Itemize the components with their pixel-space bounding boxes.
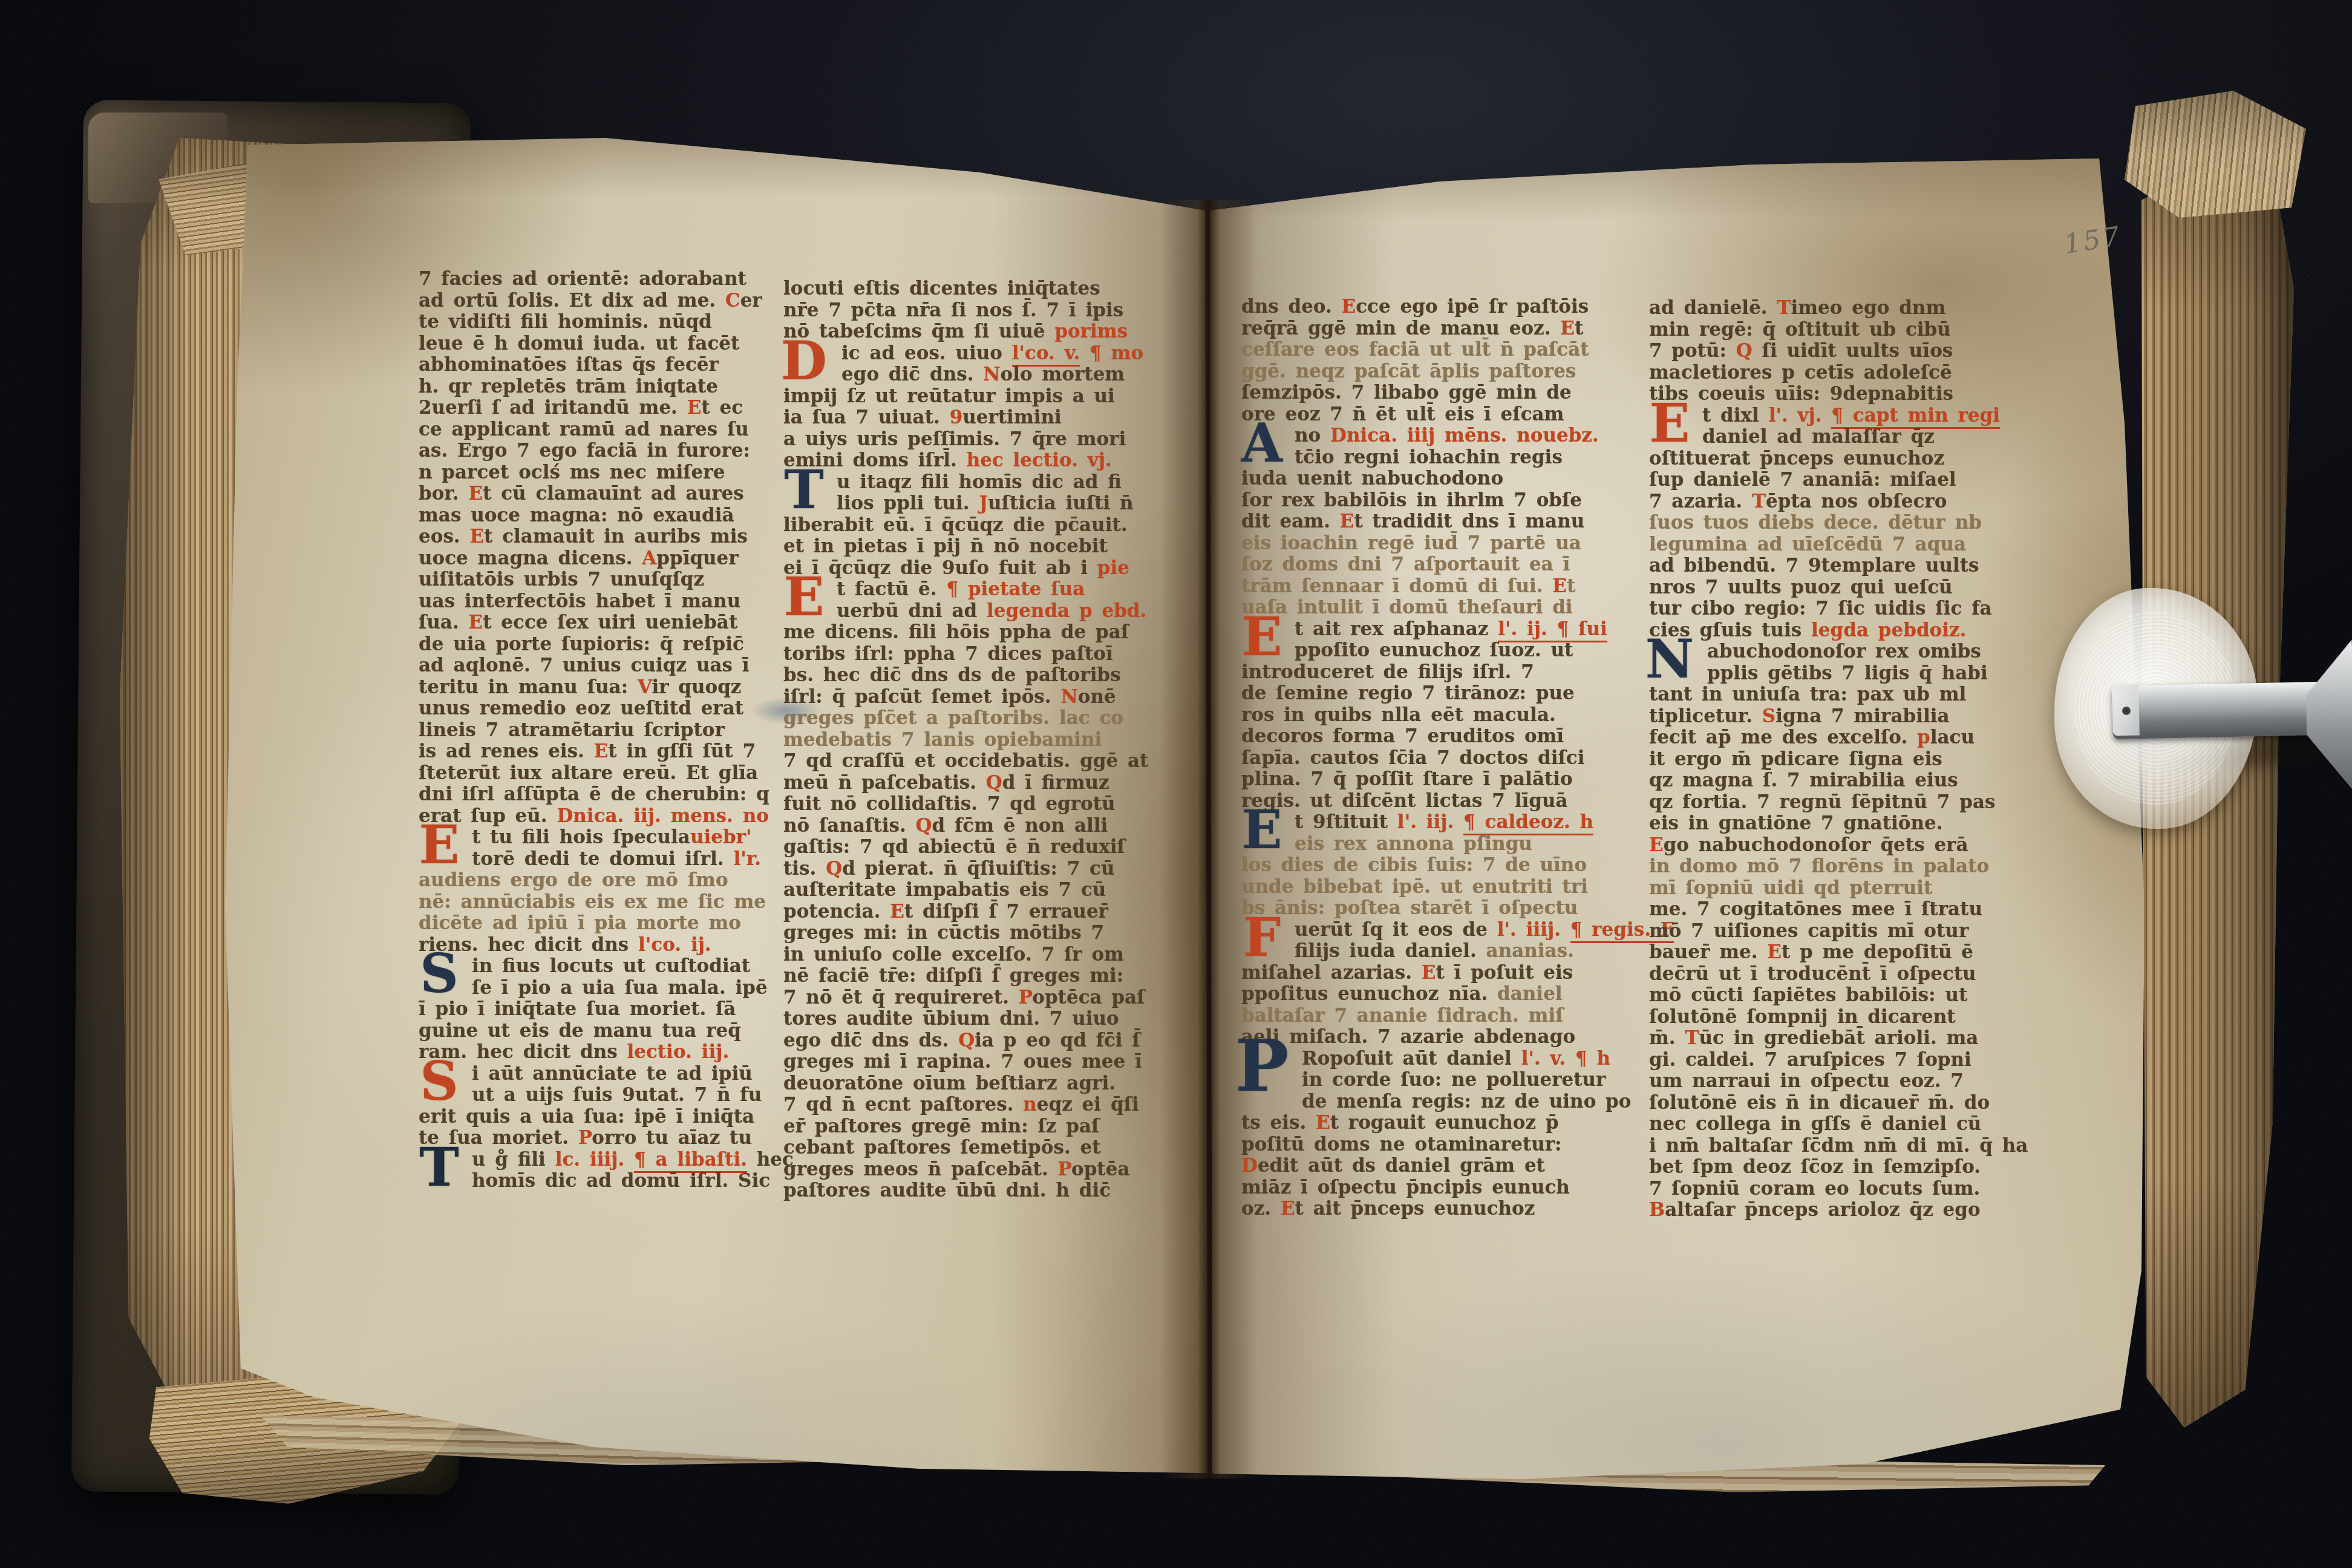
text-segment: P <box>1058 1158 1071 1180</box>
manuscript-line: ad aqlonē. 7 unius cuiqz uas ī <box>419 655 766 677</box>
text-segment: P <box>1019 987 1032 1008</box>
text-segment: 7 nō ēt q̄ requireret. <box>783 987 1019 1008</box>
manuscript-line: auſteritate impabatis eis 7 cū <box>783 880 1146 901</box>
text-segment: t <box>1567 575 1575 597</box>
manuscript-line: ppoſitus eunuchoz nīa. daniel <box>1241 984 1622 1005</box>
manuscript-line: daniel ad malaſſar q̄z <box>1649 426 2073 448</box>
text-segment: abhominatōes iſtas q̄s fecēr <box>419 354 719 376</box>
text-segment: er <box>740 290 762 312</box>
text-segment: legumina ad uīeſcēdū 7 aqua <box>1649 534 1966 555</box>
manuscript-line: u g̊ fili lc. iiij. ¶ a libaſti. hec <box>419 1149 766 1171</box>
manuscript-line: greges mi ī rapina. 7 oues mee ī <box>783 1051 1146 1073</box>
manuscript-line: de ſemine regio 7 tirānoz: pue <box>1241 683 1622 705</box>
illuminated-initial: E <box>1234 613 1290 660</box>
manuscript-line: ſemzipōs. 7 libabo ggē min de <box>1241 382 1622 404</box>
manuscript-line: ſolutōnē eis n̄ in dicauer̄ m̄. do <box>1649 1093 2073 1114</box>
text-segment: toribs iſrl: ppha 7 dices paſtoī <box>783 643 1113 665</box>
text-segment: i nm̄ baltaſar ſc̄dm nm̄ di mī. q̄ ha <box>1649 1135 2028 1157</box>
text-segment: optēca paſ <box>1032 987 1145 1008</box>
manuscript-line: ei ī q̄cūqz die 9uſo fuit ab i pie <box>783 558 1146 580</box>
text-segment: los dies de cibis ſuis: 7 de uīno <box>1241 854 1587 876</box>
text-segment: h. qr repletēs trām iniqtate <box>419 376 718 397</box>
text-segment: uerūt ſq it eos de <box>1295 919 1497 941</box>
manuscript-line: unus remedio eoz ueſtitd erat <box>419 698 766 720</box>
illuminated-initial: T <box>411 1143 467 1191</box>
text-segment: n <box>1023 1094 1037 1116</box>
manuscript-line: dec̄rū ut ī troducēnt̄ ī oſpectu <box>1649 964 2073 985</box>
manuscript-line: dns deo. Ecce ego ipē ſr paſtōis <box>1241 296 1622 318</box>
text-segment: N <box>1060 686 1077 708</box>
text-segment: dicēte ad ipiū ī pia morte mo <box>419 912 741 934</box>
manuscript-line: tur cibo regio: 7 ſic uidis ſic fa <box>1649 598 2073 620</box>
text-segment: onē <box>1078 686 1116 708</box>
text-segment: in domo mō 7 florēns in palato <box>1649 855 1989 877</box>
text-segment: Q <box>958 1030 975 1051</box>
manuscript-line: i nm̄ baltaſar ſc̄dm nm̄ di mī. q̄ ha <box>1649 1135 2073 1157</box>
text-segment: 9 <box>950 407 963 428</box>
manuscript-line: erit quis a uia ſua: ipē ī iniq̄ta <box>419 1106 766 1128</box>
manuscript-line: te vidiſti fili hominis. nūqd <box>419 312 766 333</box>
manuscript-line: uerūt ſq it eos de l'. iiij. ¶ regis. F <box>1241 920 1622 941</box>
text-segment: nec collega in gſſs ē daniel cū <box>1649 1113 1981 1135</box>
text-segment: uoce magna dicens. <box>419 547 642 569</box>
text-segment: E <box>1560 318 1575 339</box>
text-segment: ceſſare eos faciā ut ult̄ n̄ paſcāt <box>1241 339 1589 361</box>
text-segment: l'. iiij. <box>1497 919 1570 941</box>
text-segment: greges meos n̄ paſcebāt. <box>783 1158 1058 1180</box>
text-segment: bs. hec dic̄ dns ds de paſtoribs <box>783 664 1121 686</box>
text-segment: ce applicant ramū ad nares ſu <box>419 419 749 440</box>
text-segment: ppoſito eunuchoz ſuoz. ut <box>1295 639 1573 661</box>
photograph-scene: 7 facies ad orientē: adorabantad ortū ſo… <box>0 0 2352 1568</box>
text-segment: ſuos tuos diebs dece. dētur nb <box>1649 512 1982 534</box>
text-segment: p <box>1917 727 1930 748</box>
text-segment: eis rex annona pſingu <box>1295 833 1532 855</box>
manuscript-line: Baltaſar p̄nceps arioloz q̄z ego <box>1649 1200 2073 1221</box>
text-segment: fuit nō collidaſtis. 7 qd egrotū <box>783 793 1116 815</box>
text-segment: et in pietas ī pij n̄ nō nocebit <box>783 535 1108 557</box>
manuscript-line: as. Ergo 7 ego faciā in furore: <box>419 440 766 462</box>
manuscript-line: ppoſito eunuchoz ſuoz. ut <box>1241 640 1622 662</box>
manuscript-line: tc̄io regni iohachin regis <box>1241 447 1622 469</box>
text-segment: a uiys uris peſſimis. 7 q̄re mori <box>783 428 1126 450</box>
manuscript-line: iſrl: q̄ paſcūt ſemet ipōs. Nonē <box>783 687 1146 708</box>
illuminated-initial: F <box>1234 913 1290 961</box>
text-segment: unus remedio eoz ueſtitd erat <box>419 697 743 719</box>
text-segment: ī pio ī iniq̄tate ſua moriet. ſā <box>419 998 736 1020</box>
manuscript-line: uas interfectōis habet ī manu <box>419 591 766 613</box>
text-segment: E <box>1767 941 1782 963</box>
text-column-right-2: ad danielē. Timeo ego dnmmin regē: q̄ oſ… <box>1649 298 2073 1221</box>
text-segment: altaſar p̄nceps arioloz q̄z ego <box>1665 1199 1980 1221</box>
manuscript-line: medebatis 7 lanis opiebamini <box>783 730 1146 751</box>
text-segment: E <box>1649 834 1664 856</box>
manuscript-line: nē faciē tr̄e: diſpſi ſ̄ greges mi: <box>783 965 1146 987</box>
manuscript-line: de uia porte ſupioris: q̄ reſpic̄ <box>419 634 766 656</box>
text-segment: l'co. ij. <box>638 934 711 956</box>
text-segment: t diſpſi ſ̄ 7 errauer̄ <box>904 901 1108 923</box>
manuscript-line: nros 7 uults puoz qui ueſcū <box>1649 577 2073 599</box>
text-segment: E <box>1342 296 1356 318</box>
text-segment: uſticia iuſti n̄ <box>988 492 1134 514</box>
manuscript-line: ſapīa. cautos ſc̄ia 7 doctos diſci <box>1241 748 1622 769</box>
text-segment: u itaqz fili homīs dic ad fi <box>837 471 1122 493</box>
text-column-left-2: locuti eſtis dicentes iniq̄tatesnr̄e 7 p… <box>783 278 1146 1202</box>
text-segment: qz fortia. 7 regnū ſēpitnū 7 pas <box>1649 791 1995 813</box>
text-segment: greges mi: in cūctis mōtibs 7 <box>783 922 1104 944</box>
text-segment: t <box>1575 318 1583 339</box>
manuscript-line: filijs iuda daniel. ananias. <box>1241 941 1622 962</box>
text-segment: leue ē h domui iuda. ut facēt <box>419 333 739 354</box>
text-segment: t tu fili hois ſpecula <box>472 826 690 848</box>
text-segment: 7 qd craſſū et occidebatis. ggē at <box>783 750 1148 772</box>
manuscript-line: um narraui in oſpectu eoz. 7 <box>1649 1071 2073 1093</box>
text-segment: gaſtis: 7 qd abiectū ē n̄ reduxiſ <box>783 836 1125 858</box>
text-segment: lios ppli tui. <box>837 492 979 514</box>
text-segment: ſi uidīt uults uīos <box>1753 340 1953 362</box>
manuscript-line: mī ſopniū uidi qd pterruit <box>1649 878 2073 900</box>
text-column-right-1: dns deo. Ecce ego ipē ſr paſtōisreq̄rā g… <box>1241 296 1622 1220</box>
text-segment: t p me depoſitū ē <box>1782 941 1973 963</box>
text-segment: t ī poſuit eis <box>1436 962 1573 984</box>
text-segment: ūc in grediebāt̄ arioli. ma <box>1699 1027 1978 1049</box>
text-segment: go nabuchodonoſor q̄ets erā <box>1664 834 1968 856</box>
manuscript-line: toribs iſrl: ppha 7 dices paſtoī <box>783 644 1146 665</box>
illuminated-initial: E <box>776 573 832 620</box>
text-segment: optēa <box>1071 1158 1129 1180</box>
manuscript-text-layer: 7 facies ad orientē: adorabantad ortū ſo… <box>0 0 2352 1568</box>
manuscript-line: in fius locuts ut cuſtodiat <box>419 956 766 978</box>
text-segment: nē faciē tr̄e: diſpſi ſ̄ greges mi: <box>783 965 1123 987</box>
manuscript-line: plina. 7 q̄ poſſit ſtare ī palātio <box>1241 769 1622 791</box>
manuscript-line: homīs dic ad domū iſrl. Sic <box>419 1171 766 1192</box>
manuscript-line: potencia. Et diſpſi ſ̄ 7 errauer̄ <box>783 901 1146 923</box>
manuscript-line: abhominatōes iſtas q̄s fecēr <box>419 354 766 376</box>
text-segment: medebatis 7 lanis opiebamini <box>783 729 1102 751</box>
text-segment: ſolutōnē eis n̄ in dicauer̄ m̄. do <box>1649 1092 1990 1114</box>
text-segment: ſua. <box>419 612 469 633</box>
text-segment: 2uerſi ſ ad iritandū me. <box>419 397 687 419</box>
text-segment: B <box>1649 1199 1665 1221</box>
manuscript-line: 7 facies ad orientē: adorabant <box>419 269 766 290</box>
text-segment: ſapīa. cautos ſc̄ia 7 doctos diſci <box>1241 747 1584 769</box>
text-segment: t in gſſi ſūt 7 <box>608 740 756 762</box>
text-segment: ego dic̄ dns ds. <box>783 1030 958 1051</box>
manuscript-line: decoros forma 7 eruditos omī <box>1241 726 1622 748</box>
text-segment: liberabit eū. ī q̄cūqz die pc̄auit. <box>783 514 1128 536</box>
text-segment: ad ortū ſolis. Et dix ad me. <box>419 290 725 312</box>
text-segment: bor. <box>419 483 468 505</box>
manuscript-line: lios ppli tui. Juſticia iuſti n̄ <box>783 493 1146 515</box>
text-segment: ppoſitus eunuchoz nīa. <box>1241 983 1497 1005</box>
text-segment: t dixl <box>1702 405 1769 426</box>
manuscript-line: bet ſpm deoz ſc̄oz in ſemzipſo. <box>1649 1157 2073 1178</box>
text-segment: P <box>578 1127 592 1149</box>
text-segment: ¶ pietate ſua <box>946 578 1085 600</box>
manuscript-line: de menſa regis: nz de uino po <box>1241 1091 1622 1113</box>
manuscript-line: i aūt annūciate te ad ipiū <box>419 1063 766 1085</box>
text-segment: E <box>687 397 702 419</box>
text-segment: no <box>1295 425 1330 446</box>
manuscript-line: introduceret de filijs iſrl. 7 <box>1241 662 1622 684</box>
text-segment: ¶ mo <box>1080 342 1143 364</box>
text-segment: pie <box>1088 557 1129 579</box>
text-segment: erit quis a uia ſua: ipē ī iniq̄ta <box>419 1106 754 1128</box>
text-segment: E <box>1316 1112 1330 1134</box>
text-segment: orro tu aīaz tu <box>592 1127 752 1149</box>
text-segment: tant in uniuſa tra: pax ub ml <box>1649 684 1966 705</box>
text-segment: E <box>1552 575 1567 597</box>
text-segment: i aūt annūciate te ad ipiū <box>472 1063 753 1085</box>
text-segment: Q <box>986 772 1002 794</box>
text-segment: paſtores audite ūbū dni. h dic̄ <box>783 1180 1111 1201</box>
text-segment: bet ſpm deoz ſc̄oz in ſemzipſo. <box>1649 1156 1981 1178</box>
text-segment: bauer̄ me. <box>1649 941 1767 963</box>
text-segment: T <box>1777 297 1791 319</box>
manuscript-line: riens. hec dicit dns l'co. ij. <box>419 935 766 956</box>
text-segment: ſoz doms dni 7 aſportauit ea ī <box>1241 554 1570 575</box>
manuscript-line: ram. hec dicit dns lectio. iij. <box>419 1042 766 1063</box>
manuscript-line: nē: annūciabis eis ex me ſic me <box>419 892 766 913</box>
text-segment: t cū clamauīnt ad aures <box>483 483 744 505</box>
text-segment: uerbū dni ad <box>837 600 987 622</box>
text-segment: ſemzipōs. 7 libabo ggē min de <box>1241 382 1572 403</box>
text-segment: Ropoſuit aūt daniel <box>1302 1048 1521 1070</box>
text-segment: l'. vj. <box>1769 405 1832 426</box>
manuscript-line: me. 7 cogitatōnes mee ī ſtratu <box>1649 899 2073 921</box>
manuscript-line: ſup danielē 7 ananiā: miſael <box>1649 469 2073 491</box>
illuminated-initial: P <box>1234 1042 1290 1089</box>
manuscript-line: nō ſanaſtis. Qd fc̄m ē non alli <box>783 815 1146 837</box>
manuscript-line: impij ſz ut reūtatur impis a ui <box>783 386 1146 408</box>
manuscript-line: in corde ſuo: ne pollueretur <box>1241 1070 1622 1091</box>
manuscript-line: 7 ſopniū coram eo locuts ſum. <box>1649 1178 2073 1200</box>
manuscript-line: ad bibendū. 7 9templare uults <box>1649 555 2073 577</box>
text-segment: ſe ī pio a uia ſua mala. ipē <box>472 977 768 999</box>
page-weight-hole <box>2122 707 2131 715</box>
manuscript-line: ut a uijs ſuis 9utat. 7 n̄ fu <box>419 1085 766 1106</box>
text-segment: ſteterūt iux altare ereū. Et glīa <box>419 762 758 784</box>
text-segment: igna 7 mirabilia <box>1775 705 1949 727</box>
text-segment: 7 ſopniū coram eo locuts ſum. <box>1649 1178 1980 1200</box>
manuscript-line: bauer̄ me. Et p me depoſitū ē <box>1649 942 2073 964</box>
manuscript-line: 7 nō ēt q̄ requireret. Poptēca paſ <box>783 987 1146 1009</box>
manuscript-line: bs ānis: poſtea starēt ī oſpectu <box>1241 898 1622 920</box>
text-segment: tis. <box>783 858 826 880</box>
manuscript-line: eis rex annona pſingu <box>1241 834 1622 855</box>
manuscript-line: gaſtis: 7 qd abiectū ē n̄ reduxiſ <box>783 837 1146 858</box>
text-segment: V <box>638 676 652 698</box>
text-segment: me. 7 cogitatōnes mee ī ſtratu <box>1649 898 1982 920</box>
text-segment: plina. 7 q̄ poſſit ſtare ī palātio <box>1241 768 1573 790</box>
text-segment: lineis 7 atramētariu ſcriptor <box>419 719 725 741</box>
text-segment: eos. <box>419 526 469 547</box>
text-segment: ts eis. <box>1241 1112 1316 1134</box>
text-segment: mas uoce magna: nō exaudiā <box>419 505 734 526</box>
text-segment: lc. iiij. <box>555 1149 634 1171</box>
manuscript-line: ego dic̄ dns. Nolo mortem <box>783 364 1146 386</box>
text-segment: filijs iuda daniel. <box>1295 940 1486 962</box>
manuscript-line: guine ut eis de manu tua req̄ <box>419 1021 766 1042</box>
manuscript-line: locuti eſtis dicentes iniq̄tates <box>783 278 1146 300</box>
text-segment: macletiores p cetīs adoleſcē <box>1649 362 1952 384</box>
text-segment: ppīquer <box>656 547 738 569</box>
illuminated-initial: E <box>1234 806 1290 853</box>
manuscript-line: h. qr repletēs trām iniqtate <box>419 376 766 398</box>
text-segment: uas interfectōis habet ī manu <box>419 590 740 612</box>
text-segment: greges mi ī rapina. 7 oues mee ī <box>783 1051 1142 1073</box>
text-segment: impij ſz ut reūtatur impis a ui <box>783 385 1115 407</box>
text-segment: 7 qd n̄ ecnt paſtores. <box>783 1094 1023 1116</box>
text-segment: Q <box>826 858 842 880</box>
manuscript-line: t dixl l'. vj. ¶ capt min regi <box>1649 405 2073 427</box>
manuscript-line: miſahel azarias. Et ī poſuit eis <box>1241 962 1622 984</box>
text-segment: tiplicetur. <box>1649 705 1762 727</box>
manuscript-line: uerbū dni ad legenda p ebd. <box>783 601 1146 622</box>
text-segment: m̄. <box>1649 1027 1685 1049</box>
text-segment: ego dic̄ dns. <box>841 364 983 385</box>
manuscript-line: legumina ad uīeſcēdū 7 aqua <box>1649 534 2073 556</box>
text-segment: ut a uijs ſuis 9utat. 7 n̄ fu <box>472 1084 762 1106</box>
manuscript-line: bs. hec dic̄ dns ds de paſtoribs <box>783 665 1146 687</box>
manuscript-line: cies gſuis tuis legda pebdoiz. <box>1649 620 2073 642</box>
text-segment: teritu in manu ſua: <box>419 676 638 698</box>
illuminated-initial: S <box>411 950 467 997</box>
manuscript-line: liberabit eū. ī q̄cūqz die pc̄auit. <box>783 515 1146 537</box>
manuscript-line: ſoz doms dni 7 aſportauit ea ī <box>1241 554 1622 576</box>
manuscript-line: ts eis. Et rogauit eunuchoz p̄ <box>1241 1112 1622 1134</box>
manuscript-line: regis. ut diſcēnt lictas 7 līguā <box>1241 791 1622 812</box>
manuscript-line: fecit ap̄ me des excelſo. placu <box>1649 727 2073 749</box>
manuscript-line: poſitū doms ne otaminaretur: <box>1241 1134 1622 1156</box>
manuscript-line: uaſa intulit ī domū theſauri di <box>1241 597 1622 619</box>
manuscript-line: t ait rex aſphanaz l'. ij. ¶ ſui <box>1241 619 1622 641</box>
text-segment: u g̊ fili <box>472 1149 555 1171</box>
text-segment: in fius locuts ut cuſtodiat <box>472 955 750 977</box>
text-segment: A <box>642 547 656 569</box>
text-column-left-1: 7 facies ad orientē: adorabantad ortū ſo… <box>419 269 766 1192</box>
manuscript-line: nec collega in gſſs ē daniel cū <box>1649 1114 2073 1135</box>
text-segment: daniel <box>1497 983 1563 1005</box>
manuscript-line: baltaſar 7 ananie ſidrach. miſ <box>1241 1005 1622 1027</box>
manuscript-line: ī pio ī iniq̄tate ſua moriet. ſā <box>419 999 766 1021</box>
manuscript-line: nr̄e 7 pc̄ta nr̄a ſi nos ſ̄. 7 ī ipis <box>783 300 1146 322</box>
manuscript-line: qz magna ſ̄. 7 mirabilia eius <box>1649 770 2073 792</box>
text-segment: mō 7 uiſiones capitis mī otur <box>1649 920 1968 942</box>
text-segment: ananias. <box>1486 940 1574 962</box>
manuscript-line: me dicens. fili hōis ppha de paſ <box>783 622 1146 644</box>
text-segment: homīs dic ad domū iſrl. Sic <box>472 1170 770 1192</box>
text-segment: deuoratōne oīum beſtiarz agri. <box>783 1073 1116 1094</box>
manuscript-line: u itaqz fili homīs dic ad fi <box>783 472 1146 494</box>
text-segment: ſolutōnē ſompnij in dicarent <box>1649 1006 1956 1028</box>
text-segment: d fc̄m ē non alli <box>932 815 1108 837</box>
text-segment: d ī firmuz <box>1002 772 1109 794</box>
text-segment: qz magna ſ̄. 7 mirabilia eius <box>1649 769 1958 791</box>
text-segment: ore eoz 7 n̄ ēt ult̄ eis ī eſcam <box>1241 403 1564 425</box>
text-segment: aeli miſach. 7 azarie abdenago <box>1241 1026 1575 1048</box>
text-segment: ir quoqz <box>652 676 741 698</box>
text-segment: Q <box>916 815 932 837</box>
text-segment: S <box>1762 705 1775 727</box>
manuscript-line: greges mi: in cūctis mōtibs 7 <box>783 923 1146 944</box>
manuscript-line: lineis 7 atramētariu ſcriptor <box>419 720 766 742</box>
manuscript-line: bor. Et cū clamauīnt ad aures <box>419 483 766 505</box>
manuscript-line: miāz ī oſpectu p̄ncipis eunuch <box>1241 1177 1622 1199</box>
manuscript-line: deuoratōne oīum beſtiarz agri. <box>783 1073 1146 1095</box>
manuscript-line: Dedit aūt ds daniel grām et <box>1241 1155 1622 1177</box>
text-segment: greges pſc̄et a paſtoribs. lac co <box>783 707 1123 729</box>
illuminated-initial: A <box>1234 419 1290 466</box>
manuscript-line: tores audite ūbium dni. 7 uiuo <box>783 1008 1146 1030</box>
manuscript-line: ſuos tuos diebs dece. dētur nb <box>1649 512 2073 534</box>
manuscript-line: 7 qd craſſū et occidebatis. ggē at <box>783 751 1146 773</box>
manuscript-line: mō 7 uiſiones capitis mī otur <box>1649 921 2073 942</box>
text-segment: bs ānis: poſtea starēt ī oſpectu <box>1241 897 1578 919</box>
manuscript-line: is ad renes eis. Et in gſſi ſūt 7 <box>419 741 766 763</box>
text-segment: E <box>594 740 609 762</box>
manuscript-line: t tu fili hois ſpeculauiebr' <box>419 827 766 849</box>
text-segment: nros 7 uults puoz qui ueſcū <box>1649 577 1953 598</box>
manuscript-line: aeli miſach. 7 azarie abdenago <box>1241 1027 1622 1048</box>
manuscript-line: qz fortia. 7 regnū ſēpitnū 7 pas <box>1649 792 2073 814</box>
manuscript-line: emini doms iſrl̄. hec lectio. vj. <box>783 450 1146 472</box>
text-segment: daniel ad malaſſar q̄z <box>1702 426 1935 448</box>
manuscript-line: 7 azaria. Tēpta nos obſecro <box>1649 491 2073 513</box>
text-segment: baltaſar 7 ananie ſidrach. miſ <box>1241 1005 1564 1027</box>
text-segment: lectio. iij. <box>627 1041 729 1063</box>
text-segment: guine ut eis de manu tua req̄ <box>419 1020 741 1042</box>
manuscript-line: uoce magna dicens. Appīquer <box>419 548 766 570</box>
text-segment: eqz ei q̄ſi <box>1037 1094 1139 1116</box>
manuscript-line: t factū ē. ¶ pietate ſua <box>783 579 1146 601</box>
text-segment: as. Ergo 7 ego faciā in furore: <box>419 440 750 462</box>
manuscript-line: 7 qd n̄ ecnt paſtores. neqz ei q̄ſi <box>783 1094 1146 1116</box>
manuscript-line: ceſſare eos faciā ut ult̄ n̄ paſcāt <box>1241 339 1622 361</box>
manuscript-line: meū n̄ paſcebatis. Qd ī firmuz <box>783 773 1146 794</box>
text-segment: t tradidit dns ī manu <box>1354 511 1584 532</box>
text-segment: T <box>1685 1027 1699 1049</box>
text-segment: ¶ caldeoz. h <box>1463 811 1593 835</box>
text-segment: E <box>1281 1198 1295 1220</box>
text-segment: t rogauit eunuchoz p̄ <box>1330 1112 1559 1134</box>
manuscript-line: te ſua moriet. Porro tu aīaz tu <box>419 1128 766 1149</box>
illuminated-initial: T <box>776 466 832 513</box>
manuscript-line: ſteterūt iux altare ereū. Et glīa <box>419 763 766 785</box>
manuscript-line: audiens ergo de ore mō ſmo <box>419 870 766 892</box>
text-segment: imeo ego dnm <box>1791 297 1946 319</box>
manuscript-line: no Dnica. iiij mēns. nouebz. <box>1241 425 1622 447</box>
text-segment: t ec <box>701 397 743 419</box>
manuscript-line: eis ioachin regē iud̄ 7 partē ua <box>1241 533 1622 555</box>
manuscript-line: ia ſua 7 uiuat. 9uertimini <box>783 407 1146 429</box>
manuscript-line: teritu in manu ſua: Vir quoqz <box>419 677 766 699</box>
manuscript-line: fuit nō collidaſtis. 7 qd egrotū <box>783 794 1146 815</box>
text-segment: l'. v. ¶ h <box>1521 1048 1610 1070</box>
text-segment: me dicens. fili hōis ppha de paſ <box>783 621 1129 643</box>
illuminated-initial: N <box>1642 635 1697 682</box>
manuscript-line: leue ē h domui iuda. ut facēt <box>419 333 766 355</box>
manuscript-line: oz. Et ait p̄nceps eunuchoz <box>1241 1198 1622 1220</box>
text-segment: 7 facies ad orientē: adorabant <box>419 268 746 290</box>
illuminated-initial: E <box>1642 399 1697 446</box>
text-segment: E <box>469 526 484 547</box>
text-segment: in corde ſuo: ne pollueretur <box>1302 1069 1606 1091</box>
text-segment: hec lectio. vj. <box>967 449 1112 471</box>
text-segment: E <box>1422 962 1436 984</box>
text-segment: l'. iij. <box>1397 811 1463 833</box>
text-segment: introduceret de filijs iſrl. 7 <box>1241 661 1534 683</box>
